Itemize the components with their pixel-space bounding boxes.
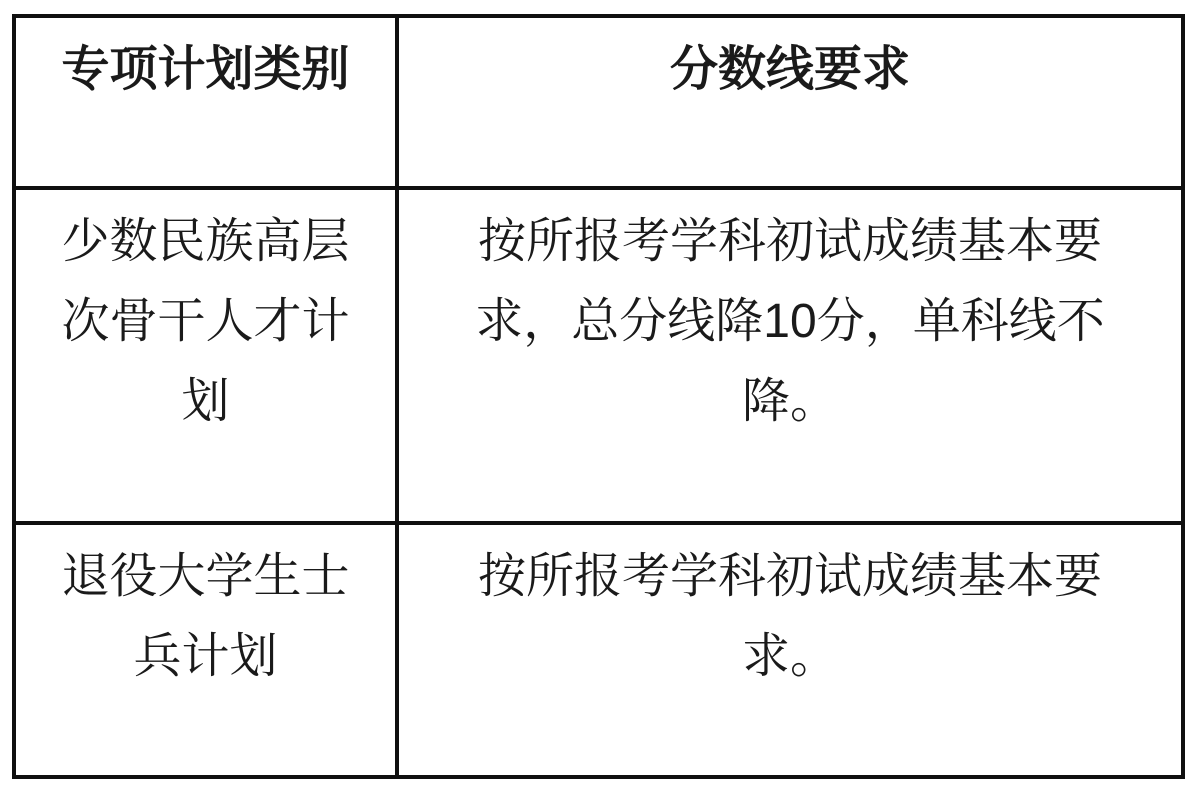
column-header-plan-category-label: 专项计划类别 [16, 30, 395, 110]
score-requirements-table: 专项计划类别 分数线要求 少数民族高层次骨干人才计划 按所报考学科初试成绩基本要… [12, 14, 1185, 779]
column-header-plan-category: 专项计划类别 [14, 16, 397, 188]
cell-category-minority-plan: 少数民族高层次骨干人才计划 [14, 188, 397, 523]
requirement-text: 按所报考学科初试成绩基本要求。 [470, 537, 1110, 697]
column-header-score-requirement-label: 分数线要求 [399, 30, 1181, 110]
category-text: 少数民族高层次骨干人才计划 [58, 202, 354, 442]
cell-requirement-veteran-plan: 按所报考学科初试成绩基本要求。 [397, 523, 1183, 777]
cell-category-veteran-plan: 退役大学生士兵计划 [14, 523, 397, 777]
table-row: 少数民族高层次骨干人才计划 按所报考学科初试成绩基本要求，总分线降10分，单科线… [14, 188, 1183, 523]
category-text: 退役大学生士兵计划 [58, 537, 354, 697]
table-row: 退役大学生士兵计划 按所报考学科初试成绩基本要求。 [14, 523, 1183, 777]
requirement-text: 按所报考学科初试成绩基本要求，总分线降10分，单科线不降。 [470, 202, 1110, 442]
document-page: 专项计划类别 分数线要求 少数民族高层次骨干人才计划 按所报考学科初试成绩基本要… [0, 0, 1201, 796]
column-header-score-requirement: 分数线要求 [397, 16, 1183, 188]
cell-requirement-minority-plan: 按所报考学科初试成绩基本要求，总分线降10分，单科线不降。 [397, 188, 1183, 523]
table-header-row: 专项计划类别 分数线要求 [14, 16, 1183, 188]
